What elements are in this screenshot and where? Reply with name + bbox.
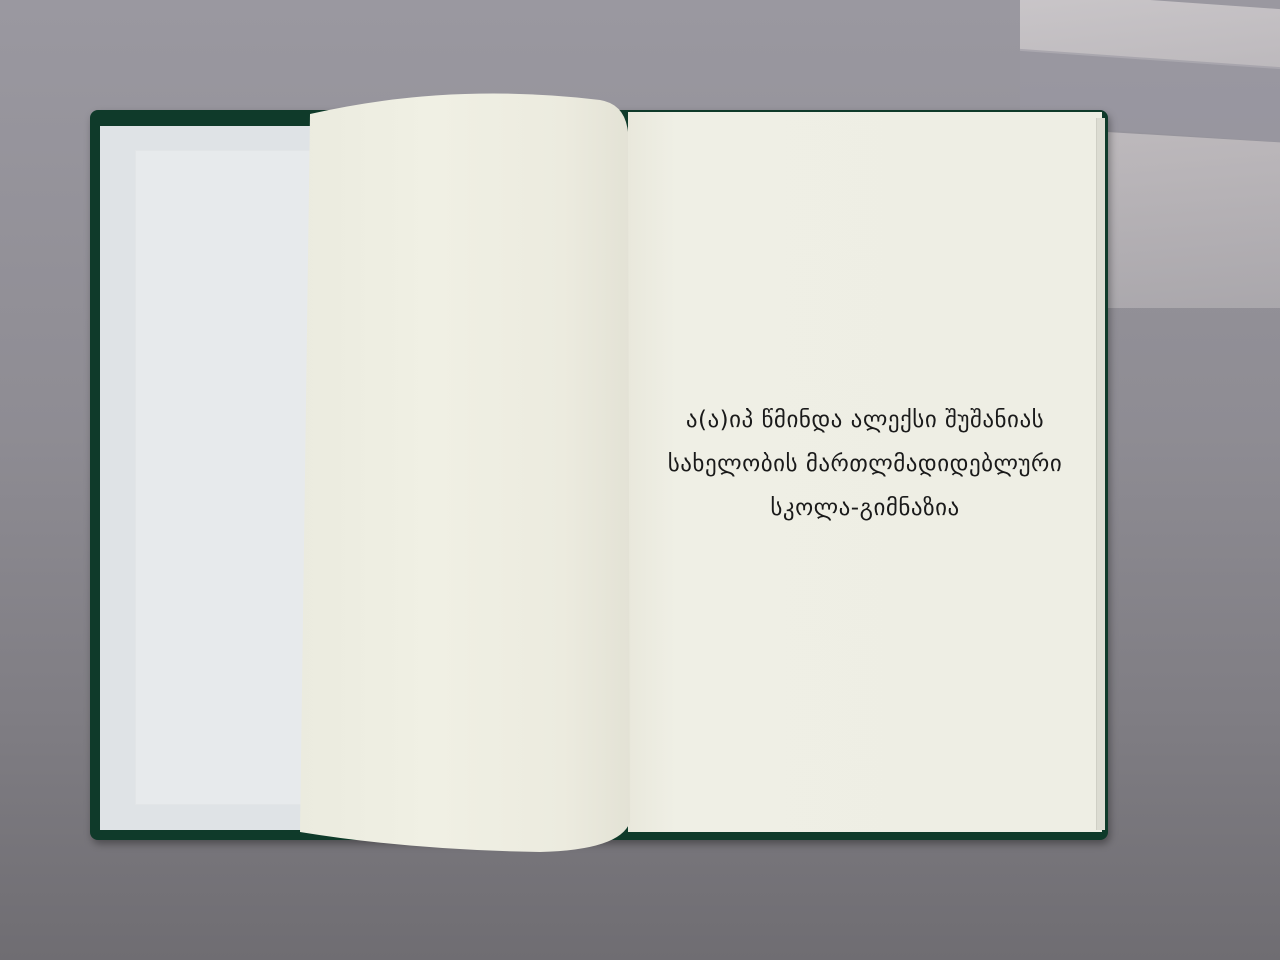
photo-scene: ა(ა)იპ წმინდა ალექსი შუშანიას სახელობის … (0, 0, 1280, 960)
title-line-3: სკოლა-გიმნაზია (628, 486, 1102, 530)
title-text: ა(ა)იპ წმინდა ალექსი შუშანიას სახელობის … (628, 398, 1102, 530)
turning-page[interactable] (300, 72, 630, 862)
title-line-1: ა(ა)იპ წმინდა ალექსი შუშანიას (628, 398, 1102, 442)
title-line-2: სახელობის მართლმადიდებლური (628, 442, 1102, 486)
